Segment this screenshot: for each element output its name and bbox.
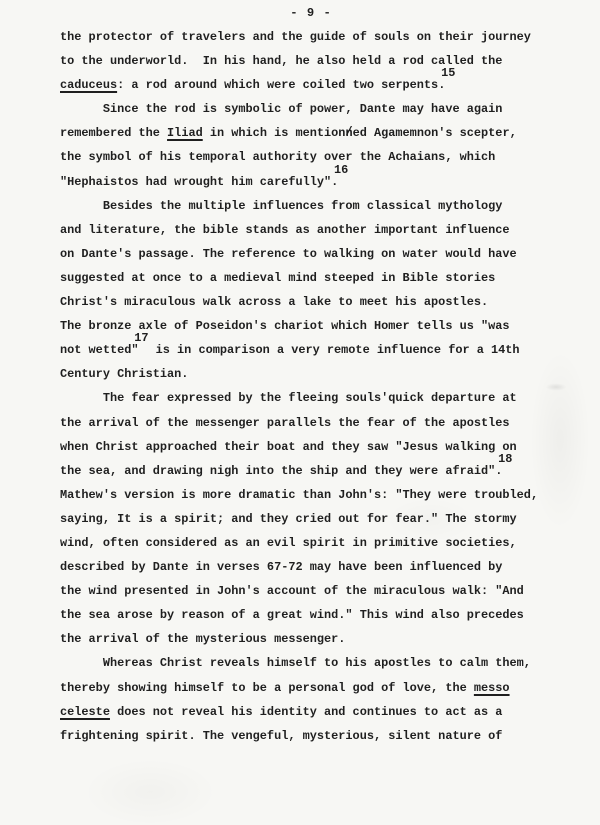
text-segment: to the underworld. In his hand, he also … — [60, 54, 502, 68]
text-segment: wind, often considered as an evil spirit… — [60, 536, 517, 550]
text-segment: Since the rod is symbolic of power, Dant… — [60, 102, 502, 116]
text-line: Since the rod is symbolic of power, Dant… — [60, 97, 600, 121]
text-line: the sea, and drawing nigh into the ship … — [60, 459, 600, 483]
document-page: - 9 - the protector of travelers and the… — [0, 0, 600, 825]
text-line: the arrival of the mysterious messenger. — [60, 627, 600, 651]
text-segment: Christ's miraculous walk across a lake t… — [60, 295, 488, 309]
text-segment: the wind presented in John's account of … — [60, 584, 524, 598]
text-line: the wind presented in John's account of … — [60, 579, 600, 603]
text-segment: and literature, the bible stands as anot… — [60, 223, 510, 237]
text-segment: in which is mention — [203, 126, 346, 140]
text-line: to the underworld. In his hand, he also … — [60, 49, 600, 73]
text-segment: "Hephaistos had wrought him carefully". — [60, 175, 338, 189]
text-segment: Besides the multiple influences from cla… — [60, 199, 502, 213]
text-segment: The fear expressed by the fleeing souls'… — [60, 391, 517, 405]
text-segment: : a rod around which were coiled two ser… — [117, 78, 445, 92]
text-line: described by Dante in verses 67-72 may h… — [60, 555, 600, 579]
text-segment: The bronze axle of Poseidon's chariot wh… — [60, 319, 510, 333]
text-line: the sea arose by reason of a great wind.… — [60, 603, 600, 627]
text-line: "Hephaistos had wrought him carefully".1… — [60, 170, 600, 194]
text-line: and literature, the bible stands as anot… — [60, 218, 600, 242]
text-segment: the arrival of the messenger parallels t… — [60, 416, 510, 430]
text-line: suggested at once to a medieval mind ste… — [60, 266, 600, 290]
text-line: The fear expressed by the fleeing souls'… — [60, 386, 600, 410]
text-segment: Mathew's version is more dramatic than J… — [60, 488, 538, 502]
text-segment: suggested at once to a medieval mind ste… — [60, 271, 495, 285]
text-line: Besides the multiple influences from cla… — [60, 194, 600, 218]
text-segment: remembered the — [60, 126, 167, 140]
text-line: caduceus: a rod around which were coiled… — [60, 73, 600, 97]
text-line: when Christ approached their boat and th… — [60, 435, 600, 459]
text-line: on Dante's passage. The reference to wal… — [60, 242, 600, 266]
text-segment: the arrival of the mysterious messenger. — [60, 632, 345, 646]
text-line: thereby showing himself to be a personal… — [60, 676, 600, 700]
text-segment: not wetted" — [60, 343, 139, 357]
footnote-ref: 17 — [134, 331, 148, 345]
text-segment: Century Christian. — [60, 367, 188, 381]
text-line: Century Christian. — [60, 362, 600, 386]
text-segment: when Christ approached their boat and th… — [60, 440, 517, 454]
text-segment: is in comparison a very remote influence… — [149, 343, 520, 357]
typewritten-text: the protector of travelers and the guide… — [60, 25, 600, 748]
text-line: saying, It is a spirit; and they cried o… — [60, 507, 600, 531]
text-segment: the symbol of his temporal authority ove… — [60, 150, 495, 164]
footnote-ref: 16 — [334, 163, 348, 177]
text-line: Whereas Christ reveals himself to his ap… — [60, 651, 600, 675]
text-line: the symbol of his temporal authority ove… — [60, 145, 600, 169]
footnote-ref: 18 — [498, 452, 512, 466]
text-segment: the sea, and drawing nigh into the ship … — [60, 464, 502, 478]
text-segment: on Dante's passage. The reference to wal… — [60, 247, 517, 261]
underlined-term: caduceus — [60, 78, 117, 92]
underlined-term: Iliad — [167, 126, 203, 140]
text-segment: the protector of travelers and the guide… — [60, 30, 531, 44]
text-segment: Whereas Christ reveals himself to his ap… — [60, 656, 531, 670]
text-line: frightening spirit. The vengeful, myster… — [60, 724, 600, 748]
overstruck-char: n — [345, 121, 352, 145]
text-segment: ed Agamemnon's scepter, — [353, 126, 517, 140]
text-segment: the sea arose by reason of a great wind.… — [60, 608, 524, 622]
text-line: Christ's miraculous walk across a lake t… — [60, 290, 600, 314]
text-line: Mathew's version is more dramatic than J… — [60, 483, 600, 507]
text-segment: frightening spirit. The vengeful, myster… — [60, 729, 502, 743]
text-line: not wetted"17 is in comparison a very re… — [60, 338, 600, 362]
text-line: remembered the Iliad in which is mention… — [60, 121, 600, 145]
text-line: the arrival of the messenger parallels t… — [60, 411, 600, 435]
text-line: celeste does not reveal his identity and… — [60, 700, 600, 724]
page-number: - 9 - — [0, 6, 600, 20]
text-segment: described by Dante in verses 67-72 may h… — [60, 560, 502, 574]
text-segment: thereby showing himself to be a personal… — [60, 681, 474, 695]
text-segment: does not reveal his identity and continu… — [110, 705, 502, 719]
text-line: wind, often considered as an evil spirit… — [60, 531, 600, 555]
text-segment: saying, It is a spirit; and they cried o… — [60, 512, 517, 526]
underlined-term: messo — [474, 681, 510, 695]
underlined-term: celeste — [60, 705, 110, 719]
footnote-ref: 15 — [441, 66, 455, 80]
text-line: the protector of travelers and the guide… — [60, 25, 600, 49]
